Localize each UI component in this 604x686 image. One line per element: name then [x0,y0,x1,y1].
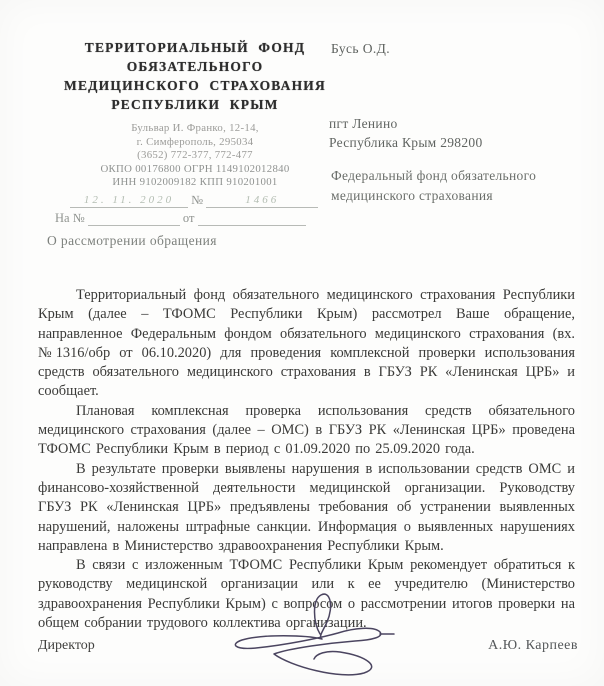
signoff-position-title: Директор [38,638,95,654]
number-sign: № [191,193,203,207]
copy-recipient-line: медицинского страхования [331,186,536,206]
ref-date-field [198,210,306,226]
org-title: ТЕРРИТОРИАЛЬНЫЙ ФОНД ОБЯЗАТЕЛЬНОГО МЕДИЦ… [52,38,338,114]
signoff-person-name: А.Ю. Карпеев [488,638,578,654]
ref-label: На № [55,211,85,225]
director-signature [228,588,418,684]
org-address-block: Бульвар И. Франко, 12-14, г. Симферополь… [52,122,338,190]
org-reg-codes-line: ИНН 9102009182 КПП 910201001 [52,176,338,190]
subject-line: О рассмотрении обращения [47,233,217,249]
copy-recipient-line: Федеральный фонд обязательного [331,166,536,186]
recipient-address-line: Республика Крым 298200 [329,133,483,152]
recipient-address-line: пгт Ленино [329,114,483,133]
letter-body: Территориальный фонд обязательного медиц… [38,286,575,633]
org-address-line: г. Симферополь, 295034 [52,136,338,150]
ref-number-field [88,210,180,226]
org-title-line: ОБЯЗАТЕЛЬНОГО [52,57,338,76]
copy-recipient: Федеральный фонд обязательного медицинск… [331,166,536,206]
org-reg-codes-line: ОКПО 00176800 ОГРН 1149102012840 [52,163,338,177]
body-paragraph: Территориальный фонд обязательного медиц… [38,286,575,402]
org-address-line: Бульвар И. Франко, 12-14, [52,122,338,136]
scanned-letter-page: ТЕРРИТОРИАЛЬНЫЙ ФОНД ОБЯЗАТЕЛЬНОГО МЕДИЦ… [0,0,604,686]
org-address-line: (3652) 772-377, 772-477 [52,149,338,163]
outgoing-number-field: 1466 [206,192,318,208]
outgoing-date-field: 12. 11. 2020 [70,192,188,208]
recipient-address: пгт Ленино Республика Крым 298200 [329,114,483,152]
ref-from-label: от [183,211,195,225]
body-paragraph: В результате проверки выявлены нарушения… [38,460,575,556]
org-title-line: РЕСПУБЛИКИ КРЫМ [52,95,338,114]
handwritten-number: 1466 [245,194,279,206]
handwritten-date: 12. 11. 2020 [84,194,174,206]
outgoing-date-number-row: 12. 11. 2020 № 1466 [70,192,320,208]
body-paragraph: Плановая комплексная проверка использова… [38,402,575,460]
reference-row: На № от [55,210,325,226]
recipient-name: Бусь О.Д. [331,41,390,57]
org-title-line: МЕДИЦИНСКОГО СТРАХОВАНИЯ [52,76,338,95]
org-title-line: ТЕРРИТОРИАЛЬНЫЙ ФОНД [52,38,338,57]
